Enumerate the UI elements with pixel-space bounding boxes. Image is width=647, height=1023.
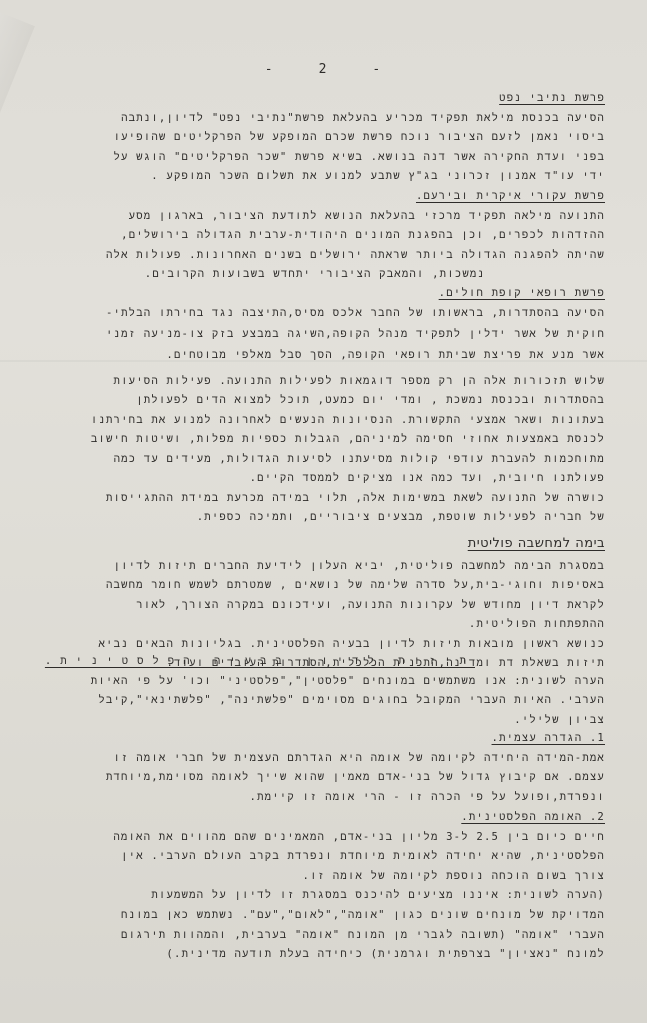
text-line: הפלסטינית, שהיא יחידה לאומית מיוחדת ונפר… bbox=[113, 847, 605, 867]
text-line: במסגרת הבימה למחשבה פוליטית, יביא העלון … bbox=[98, 557, 605, 577]
page-number: -2- bbox=[0, 62, 647, 77]
text-line: הערה לשונית: אנו משתמשים במונחים "פלסטין… bbox=[45, 672, 605, 692]
text-line: שהיתה להפגנה הגדולה ביותר שראתה ירושלים … bbox=[106, 246, 605, 266]
section-heading: פרשת נתיבי נפט bbox=[113, 89, 605, 109]
text-line: חוקית של אשר ידלין לתפקיד מנהל הקופה,השי… bbox=[106, 324, 605, 345]
text-line: בהסתדרות ובכנסת נמשכת , ומדי יום כמעט, ת… bbox=[91, 391, 605, 410]
thesis-item-1: 1. הגדרה עצמית. אמת-המידה היחידה לקיומה … bbox=[106, 729, 605, 807]
theses-heading: תיזות לדיון בבעיה הפלסטינית. bbox=[45, 652, 605, 672]
text-line: ההזדהות לכפרים, וכן בהפגנת המונים היהודי… bbox=[106, 226, 605, 246]
section-heading: פרשת עקורי איקרית ובירעם. bbox=[106, 187, 605, 207]
text-line: ונפרדת,ופועל על פי הכרה זו - הרי אומה זו… bbox=[106, 788, 605, 808]
text-line: של חבריה לפעילות שוטפת, מבצעים ציבוריים,… bbox=[106, 508, 605, 527]
text-line: עצמם. אם קיבוץ גדול של בני-אדם מאמין שהו… bbox=[106, 768, 605, 788]
text-line: ידי עו"ד אמנון זכרוני בג"ץ שתבע למנוע את… bbox=[113, 167, 605, 187]
page-number-dash-right: - bbox=[372, 62, 382, 77]
text-line: אמת-המידה היחידה לקיומה של אומה היא הגדר… bbox=[106, 749, 605, 769]
forum-heading: בימה למחשבה פוליטית bbox=[98, 534, 605, 555]
text-line: בעתונות ושאר אמצעי התקשורת. הנסיונות הנע… bbox=[91, 411, 605, 430]
text-line: חיים כיום בין 2.5 ל-3 מליון בני-אדם, המא… bbox=[113, 828, 605, 848]
text-line: ביסוי נאמן לזעם הציבור נוכח פרשת שכרם המ… bbox=[113, 128, 605, 148]
text-line: העברי "אומה" (תשובה לגברי מן המונח "אומה… bbox=[113, 926, 605, 946]
typewritten-document-page: -2- פרשת נתיבי נפט הסיעה בכנסת מילאת תפק… bbox=[0, 0, 647, 1023]
summary-paragraph-2: כושרה של התנועה לשאת במשימות אלה, תלוי ב… bbox=[106, 489, 605, 528]
text-line: התנועה מילאה תפקיד מרכזי בהעלאת הנושא לת… bbox=[106, 207, 605, 227]
text-line: הסיעה בהסתדרות, בראשותו של החבר אלכס מסי… bbox=[106, 303, 605, 324]
paper-fold-shadow bbox=[0, 0, 35, 332]
section-theses: תיזות לדיון בבעיה הפלסטינית. הערה לשונית… bbox=[45, 652, 605, 730]
thesis-item-2: 2. האומה הפלסטינית. חיים כיום בין 2.5 ל-… bbox=[113, 808, 605, 965]
text-line: כושרה של התנועה לשאת במשימות אלה, תלוי ב… bbox=[106, 489, 605, 508]
text-line: צורך בשום הוכחה נוספת לקיומה של אומה זו. bbox=[113, 867, 605, 887]
summary-paragraph-1: שלוש תזכורות אלה הן רק מספר דוגמאות לפעי… bbox=[91, 372, 605, 488]
section-oil-routes: פרשת נתיבי נפט הסיעה בכנסת מילאת תפקיד מ… bbox=[113, 89, 605, 187]
thesis-item-heading: 2. האומה הפלסטינית. bbox=[113, 808, 605, 828]
text-line: פעולתנו חיובית, ועד כמה אנו מציקים לממסד… bbox=[91, 469, 605, 488]
text-line: ההתפתחות הפוליטית. bbox=[98, 615, 605, 635]
section-heading: פרשת רופאי קופת חולים. bbox=[106, 284, 605, 303]
text-line: הערבי. האיות העברי המקובל בחוגים מסוימים… bbox=[45, 691, 605, 711]
text-line: (הערה לשונית: איננו מציעים להיכנס במסגרת… bbox=[113, 886, 605, 906]
text-line: מתוחכמות להעברת עודפי קולות מסיעתנו לסיע… bbox=[91, 450, 605, 469]
section-kupat-holim: פרשת רופאי קופת חולים. הסיעה בהסתדרות, ב… bbox=[106, 284, 605, 366]
text-line: אשר מנע את פריצת שביתת רופאי הקופה, הסך … bbox=[106, 345, 605, 366]
text-line: צביון שלילי. bbox=[45, 711, 605, 731]
section-ikrit-biram: פרשת עקורי איקרית ובירעם. התנועה מילאה ת… bbox=[106, 187, 605, 285]
thesis-item-heading: 1. הגדרה עצמית. bbox=[106, 729, 605, 749]
text-line: נמשכות, והמאבק הציבורי יתחדש בשבועות הקר… bbox=[106, 265, 605, 285]
text-line: בפני ועדת החקירה אשר דנה בנושא. בשיא פרש… bbox=[113, 148, 605, 168]
page-number-value: 2 bbox=[319, 62, 329, 77]
text-line: שלוש תזכורות אלה הן רק מספר דוגמאות לפעי… bbox=[91, 372, 605, 391]
text-line: לקראת דיון מחודש של עקרונות התנועה, ועיד… bbox=[98, 596, 605, 616]
text-line: המדויקת של מונחים שונים כגון "אומה","לאו… bbox=[113, 906, 605, 926]
text-line: הסיעה בכנסת מילאת תפקיד מכריע בהעלאת פרש… bbox=[113, 109, 605, 129]
text-line: למונח "נאציון" בצרפתית וגרמנית) כיחידה ב… bbox=[113, 945, 605, 965]
text-line: לכנסת באמצעות אחוזי חסימה למיניהם, הגבלו… bbox=[91, 430, 605, 449]
page-number-dash-left: - bbox=[265, 62, 275, 77]
text-line: באסיפות וחוגי-בית,על סדרה שלימה של נושאי… bbox=[98, 576, 605, 596]
